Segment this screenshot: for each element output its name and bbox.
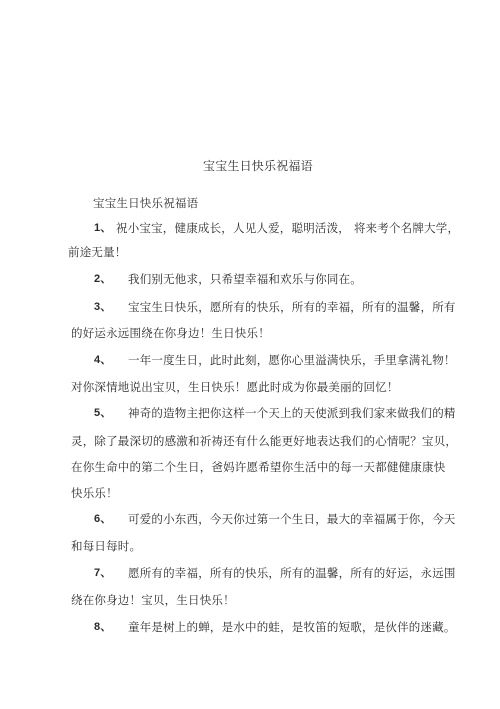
item-number: 5、 — [94, 406, 112, 420]
item-text-line: 祝小宝宝，健康成长，人见人爱，聪明活泼， 将来考个名牌大学， — [116, 221, 459, 235]
item-number: 1、 — [94, 221, 112, 235]
item-text-line: 神奇的造物主把你这样一个天上的天使派到我们家来做我们的精 — [128, 406, 456, 420]
item-text-line: 可爱的小东西，今天你过第一个生日，最大的幸福属于你，今天 — [128, 512, 456, 526]
item-text-line: 我们别无他求，只希望幸福和欢乐与你同在。 — [128, 272, 362, 286]
item-text-line: 绕在你身边！宝贝，生日快乐！ — [71, 593, 235, 607]
item-text-line: 的好运永远围绕在你身边！生日快乐！ — [71, 326, 270, 340]
item-text-line: 灵，除了最深切的感激和祈祷还有什么能更好地表达我们的心情呢？宝贝， — [71, 434, 457, 448]
item-text-line: 愿所有的幸福，所有的快乐，所有的温馨，所有的好运，永远围 — [128, 566, 456, 580]
item-number: 8、 — [94, 620, 112, 634]
item-number: 3、 — [94, 300, 112, 314]
item-text-line: 一年一度生日，此时此刻，愿你心里溢满快乐，手里拿满礼物！ — [128, 353, 456, 367]
item-text-line: 宝宝生日快乐，愿所有的快乐，所有的幸福，所有的温馨，所有 — [128, 300, 456, 314]
document-title: 宝宝生日快乐祝福语 — [203, 159, 313, 173]
item-number: 7、 — [94, 566, 112, 580]
document-subtitle: 宝宝生日快乐祝福语 — [93, 196, 198, 210]
item-text-line: 对你深情地说出宝贝，生日快乐！愿此时成为你最美丽的回忆！ — [71, 380, 399, 394]
item-number: 2、 — [94, 272, 112, 286]
item-text-line: 童年是树上的蝉，是水中的蛙，是牧笛的短歌，是伙伴的迷藏。 — [128, 620, 456, 634]
item-text-line: 快乐乐！ — [71, 486, 118, 500]
document-page: 宝宝生日快乐祝福语 宝宝生日快乐祝福语 1、 祝小宝宝，健康成长，人见人爱，聪明… — [0, 0, 500, 709]
item-text-line: 前途无量！ — [68, 245, 127, 259]
item-number: 4、 — [94, 353, 112, 367]
item-text-line: 在你生命中的第二个生日，爸妈许愿希望你生活中的每一天都健健康康快 — [71, 460, 445, 474]
item-text-line: 和每日每时。 — [71, 539, 141, 553]
item-number: 6、 — [94, 512, 112, 526]
